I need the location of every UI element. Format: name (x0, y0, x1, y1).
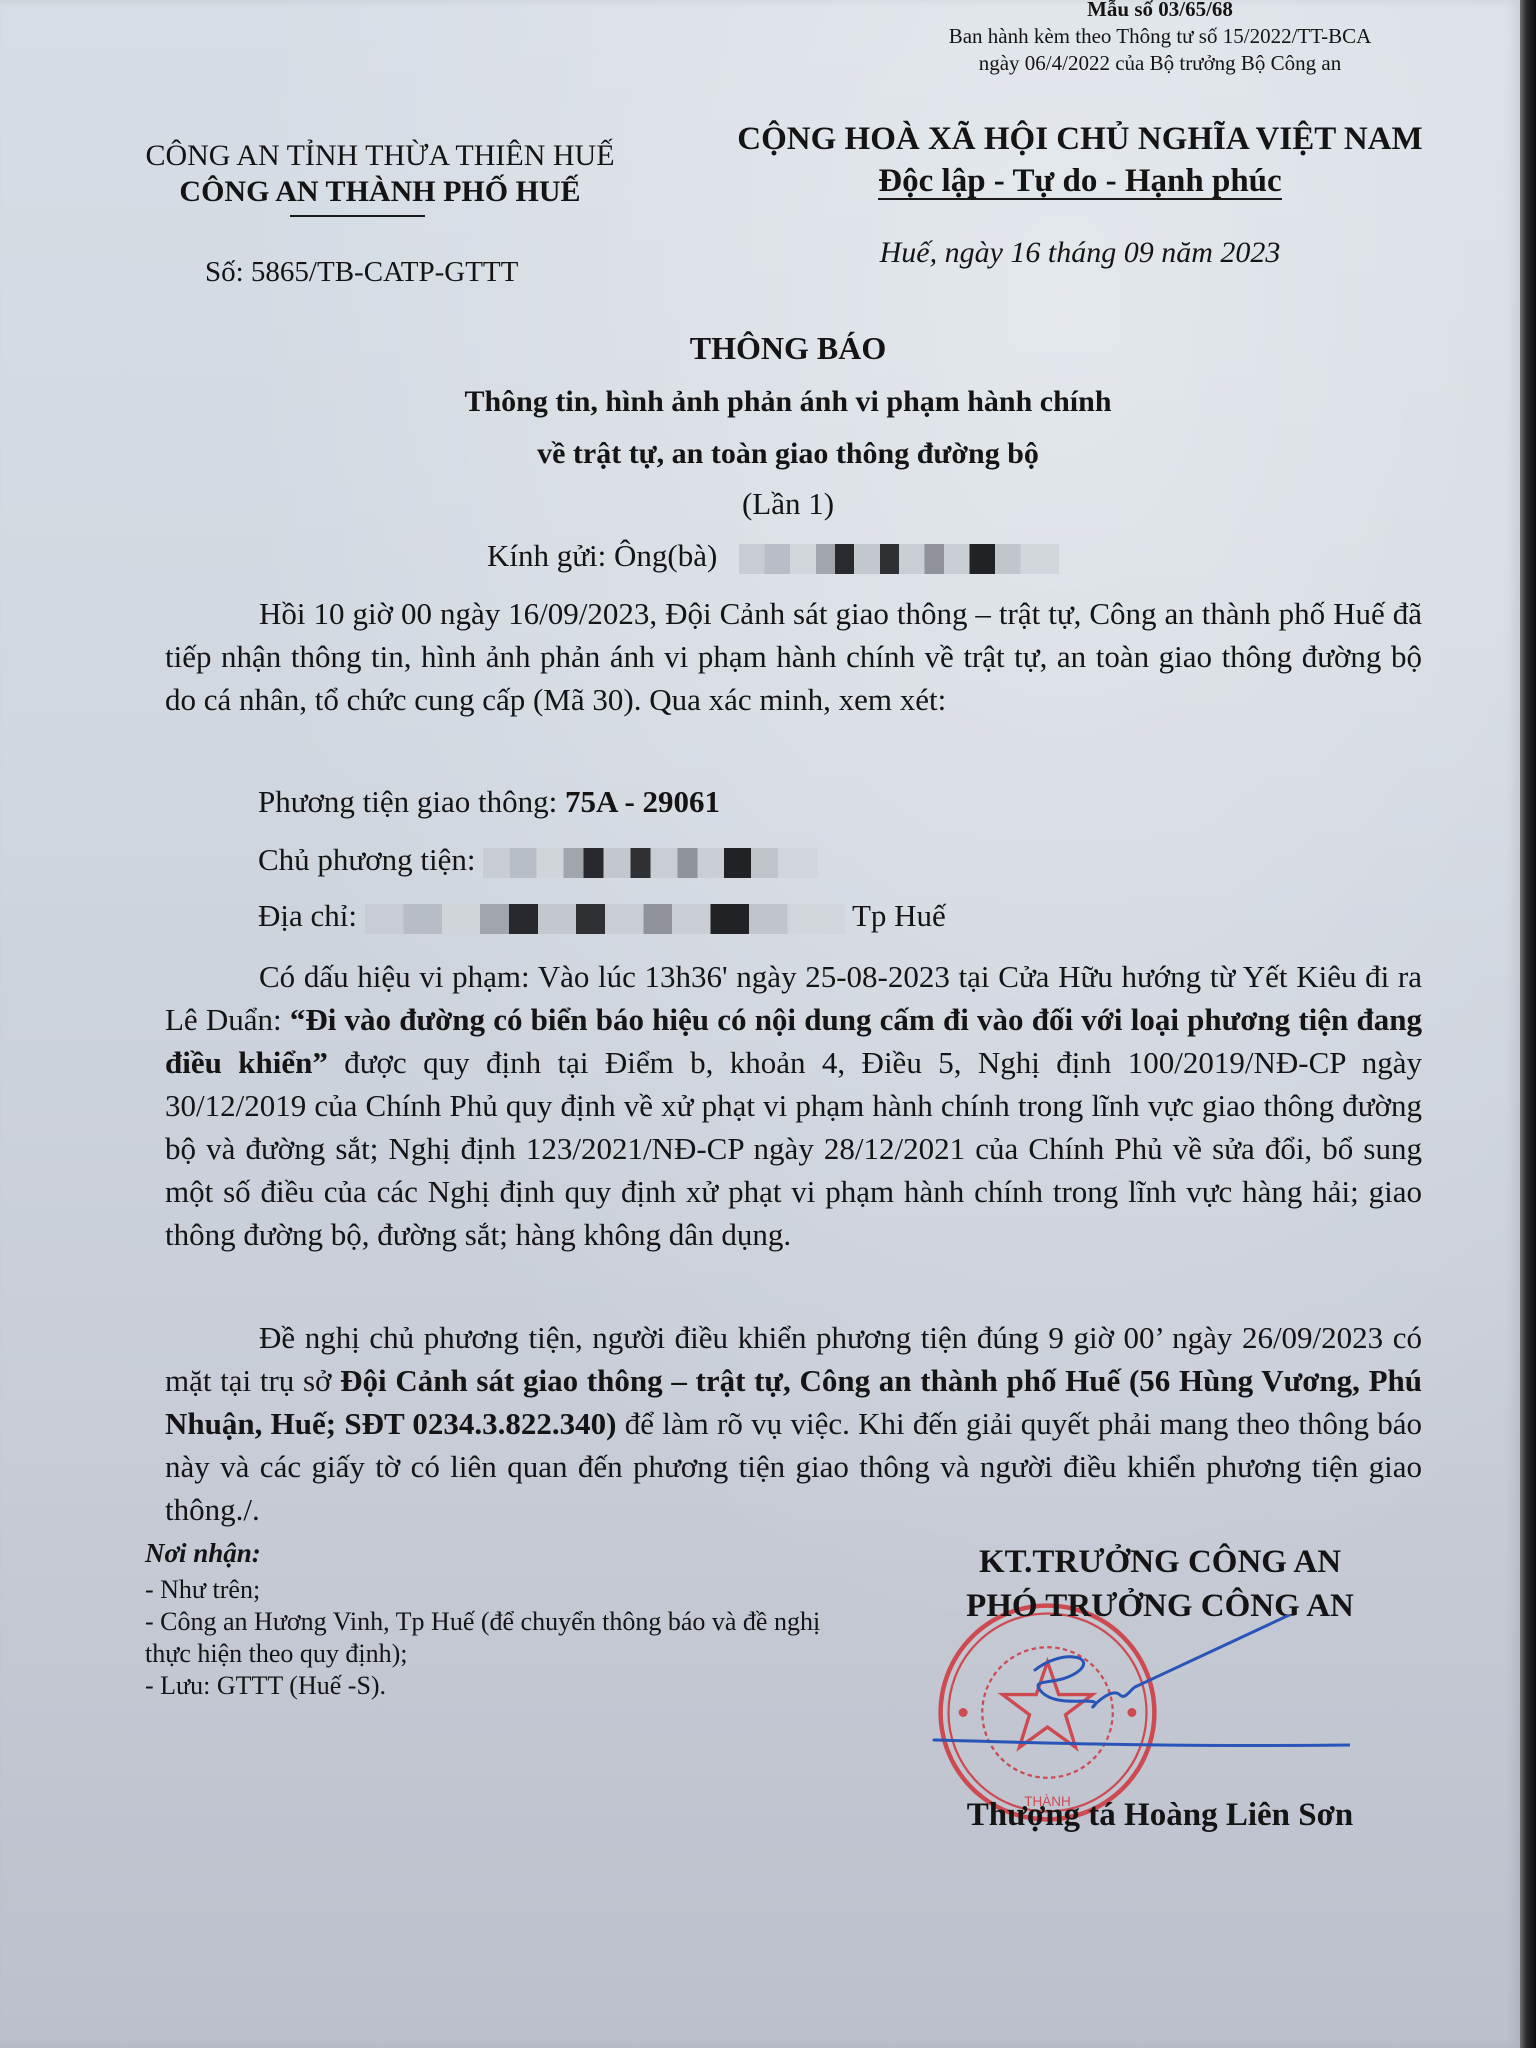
recipient-item: - Công an Hương Vinh, Tp Huế (để chuyển … (145, 1606, 825, 1670)
recipient-label: Kính gửi: Ông(bà) (487, 538, 717, 573)
intro-paragraph: Hồi 10 giờ 00 ngày 16/09/2023, Đội Cảnh … (165, 592, 1422, 721)
owner-label: Chủ phương tiện: (258, 842, 475, 877)
address-city: Tp Huế (852, 898, 946, 933)
subtitle-line-1: Thông tin, hình ảnh phản ánh vi phạm hàn… (0, 376, 1536, 428)
form-issued-date: ngày 06/4/2022 của Bộ trưởng Bộ Công an (900, 50, 1420, 77)
violation-legal-basis: được quy định tại Điểm b, khoản 4, Điều … (165, 1045, 1422, 1252)
document-title: THÔNG BÁO (0, 330, 1536, 367)
recipient-line: Kính gửi: Ông(bà) (487, 538, 1059, 574)
place-date: Huế, ngày 16 tháng 09 năm 2023 (700, 236, 1460, 270)
nation-name: CỘNG HOÀ XÃ HỘI CHỦ NGHĨA VIỆT NAM (700, 118, 1460, 160)
form-reference: Mẫu số 03/65/68 Ban hành kèm theo Thông … (900, 0, 1420, 77)
national-heading: CỘNG HOÀ XÃ HỘI CHỦ NGHĨA VIỆT NAM Độc l… (700, 118, 1460, 202)
redacted-recipient-name (739, 544, 1059, 574)
handwritten-signature-icon (920, 1615, 1350, 1765)
agency-name: CÔNG AN THÀNH PHỐ HUẾ (100, 174, 660, 210)
address-label: Địa chỉ: (258, 898, 365, 933)
recipient-item: - Như trên; (145, 1574, 825, 1606)
recipients-label: Nơi nhận: (145, 1538, 261, 1569)
address-line: Địa chỉ: Tp Huế (258, 898, 946, 934)
document-subtitle: Thông tin, hình ảnh phản ánh vi phạm hàn… (0, 376, 1536, 480)
document-page: Mẫu số 03/65/68 Ban hành kèm theo Thông … (0, 0, 1520, 2048)
owner-line: Chủ phương tiện: (258, 842, 818, 878)
recipient-item: - Lưu: GTTT (Huế -S). (145, 1670, 825, 1702)
vehicle-label: Phương tiện giao thông: (258, 784, 565, 819)
notice-attempt: (Lần 1) (0, 486, 1536, 522)
agency-underline (290, 215, 425, 217)
violation-paragraph: Có dấu hiệu vi phạm: Vào lúc 13h36' ngày… (165, 955, 1422, 1256)
vehicle-line: Phương tiện giao thông: 75A - 29061 (258, 784, 720, 820)
redacted-owner-name (483, 848, 818, 878)
recipients-list: - Như trên; - Công an Hương Vinh, Tp Huế… (145, 1574, 825, 1702)
vehicle-plate: 75A - 29061 (565, 784, 720, 819)
redacted-address (365, 904, 845, 934)
form-number: Mẫu số 03/65/68 (900, 0, 1420, 23)
document-number: Số: 5865/TB-CATP-GTTT (205, 256, 518, 289)
page-edge (1520, 0, 1536, 2048)
issuing-agency: CÔNG AN TỈNH THỪA THIÊN HUẾ CÔNG AN THÀN… (100, 138, 660, 210)
subtitle-line-2: về trật tự, an toàn giao thông đường bộ (0, 428, 1536, 480)
form-issued-with: Ban hành kèm theo Thông tư số 15/2022/TT… (900, 23, 1420, 50)
signature-title-line-1: KT.TRƯỞNG CÔNG AN (900, 1540, 1420, 1584)
signer-name: Thượng tá Hoàng Liên Sơn (900, 1797, 1420, 1834)
request-paragraph: Đề nghị chủ phương tiện, người điều khiể… (165, 1316, 1422, 1531)
agency-parent: CÔNG AN TỈNH THỪA THIÊN HUẾ (100, 138, 660, 174)
national-motto: Độc lập - Tự do - Hạnh phúc (878, 164, 1281, 200)
